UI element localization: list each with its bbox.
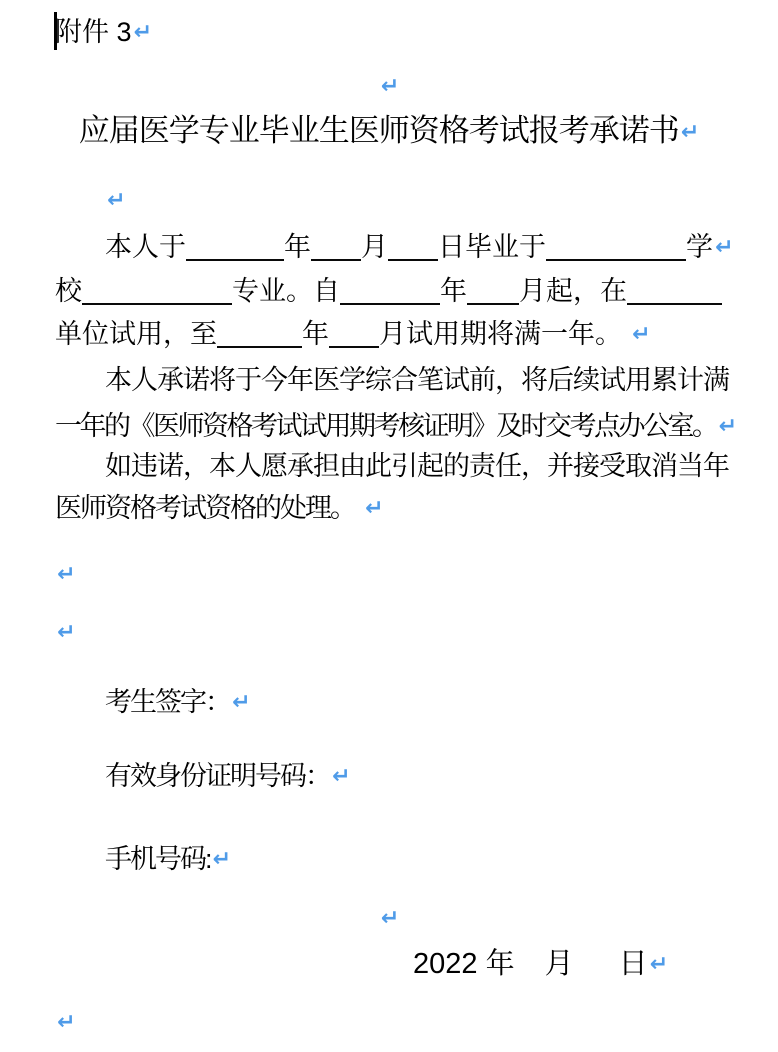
date-line: 2022 年月日↵ <box>413 946 668 982</box>
blank-underline-month <box>467 276 519 305</box>
p1-text: 年 <box>284 232 311 262</box>
p2-text: 本人承诺将于今年医学综合笔试前，将后续试用累计满 <box>105 365 729 395</box>
p1-text: 日毕业于 <box>438 232 546 262</box>
p3-text: 医师资格考试资格的处理。 <box>55 493 355 523</box>
empty-paragraph: ↵ <box>0 68 778 104</box>
paragraph3-line1: 如违诺，本人愿承担由此引起的责任，并接受取消当年 <box>55 448 729 484</box>
p3-text: 如违诺，本人愿承担由此引起的责任，并接受取消当年 <box>105 451 729 481</box>
p1-text: 单位试用，至 <box>55 319 217 349</box>
document-title-text: 应届医学专业毕业生医师资格考试报考承诺书 <box>79 113 679 148</box>
p1-text: 学 <box>686 232 713 262</box>
empty-paragraph: ↵ <box>0 900 778 936</box>
paragraph2-line2: 一年的《医师资格考试试用期考核证明》及时交考点办公室。↵ <box>55 408 737 444</box>
p1-text: 月试用期将满一年。 <box>379 319 622 349</box>
document-page: 附件 3↵ ↵ 应届医学专业毕业生医师资格考试报考承诺书↵ ↵ 本人于年月日毕业… <box>0 0 778 1052</box>
paragraph-mark-icon: ↵ <box>55 1009 75 1034</box>
attachment-label: 附件 3↵ <box>55 14 152 50</box>
paragraph-mark-icon: ↵ <box>622 321 650 346</box>
empty-paragraph: ↵ <box>55 182 125 218</box>
paragraph-mark-icon: ↵ <box>105 187 125 212</box>
paragraph-mark-icon: ↵ <box>717 413 737 438</box>
blank-underline-unit <box>627 276 722 305</box>
empty-paragraph: ↵ <box>55 556 75 592</box>
paragraph-mark-icon: ↵ <box>713 234 733 259</box>
paragraph1-line3: 单位试用，至年月试用期将满一年。↵ <box>55 316 650 352</box>
document-title: 应届医学专业毕业生医师资格考试报考承诺书↵ <box>0 113 778 150</box>
p2-text: 一年的《医师资格考试试用期考核证明》及时交考点办公室。 <box>55 411 717 441</box>
p1-text: 月 <box>361 232 388 262</box>
paragraph-mark-icon: ↵ <box>211 846 231 871</box>
paragraph-mark-icon: ↵ <box>330 763 350 788</box>
blank-underline-year <box>340 276 440 305</box>
paragraph-mark-icon: ↵ <box>379 73 399 98</box>
p1-text: 年 <box>302 319 329 349</box>
blank-underline-major <box>82 276 232 305</box>
candidate-sign-label: 考生签字：↵ <box>55 684 250 720</box>
date-year-text: 2022 年 <box>413 948 515 980</box>
date-day-text: 日 <box>619 948 648 980</box>
empty-paragraph: ↵ <box>55 614 75 650</box>
date-month-text: 月 <box>545 948 574 980</box>
p1-text: 校 <box>55 276 82 306</box>
phone-label-text: 手机号码: <box>105 844 211 874</box>
paragraph1-line1: 本人于年月日毕业于学↵ <box>55 229 733 265</box>
paragraph-mark-icon: ↵ <box>132 19 152 44</box>
phone-number-label: 手机号码:↵ <box>55 841 231 877</box>
p1-text: 本人于 <box>105 232 186 262</box>
p1-text: 月起，在 <box>519 276 627 306</box>
blank-underline-year <box>217 319 302 348</box>
p1-text: 专业。自 <box>232 276 340 306</box>
paragraph3-line2: 医师资格考试资格的处理。↵ <box>55 490 383 526</box>
empty-paragraph: ↵ <box>55 1004 75 1040</box>
attachment-label-text: 附件 3 <box>55 17 132 47</box>
paragraph-mark-icon: ↵ <box>55 619 75 644</box>
paragraph-mark-icon: ↵ <box>679 119 699 144</box>
blank-underline-year <box>186 232 284 261</box>
sign-label-text: 考生签字： <box>105 687 230 717</box>
paragraph-mark-icon: ↵ <box>55 561 75 586</box>
id-number-label: 有效身份证明号码：↵ <box>55 758 350 794</box>
paragraph2-line1: 本人承诺将于今年医学综合笔试前，将后续试用累计满 <box>55 362 729 398</box>
paragraph-mark-icon: ↵ <box>230 689 250 714</box>
paragraph-mark-icon: ↵ <box>648 951 668 976</box>
blank-underline-month <box>311 232 361 261</box>
p1-text: 年 <box>440 276 467 306</box>
blank-underline-day <box>388 232 438 261</box>
blank-underline-month <box>329 319 379 348</box>
paragraph1-line2: 校专业。自年月起，在 <box>55 273 722 309</box>
blank-underline-school <box>546 232 686 261</box>
id-label-text: 有效身份证明号码： <box>105 761 330 791</box>
paragraph-mark-icon: ↵ <box>379 905 399 930</box>
paragraph-mark-icon: ↵ <box>355 495 383 520</box>
